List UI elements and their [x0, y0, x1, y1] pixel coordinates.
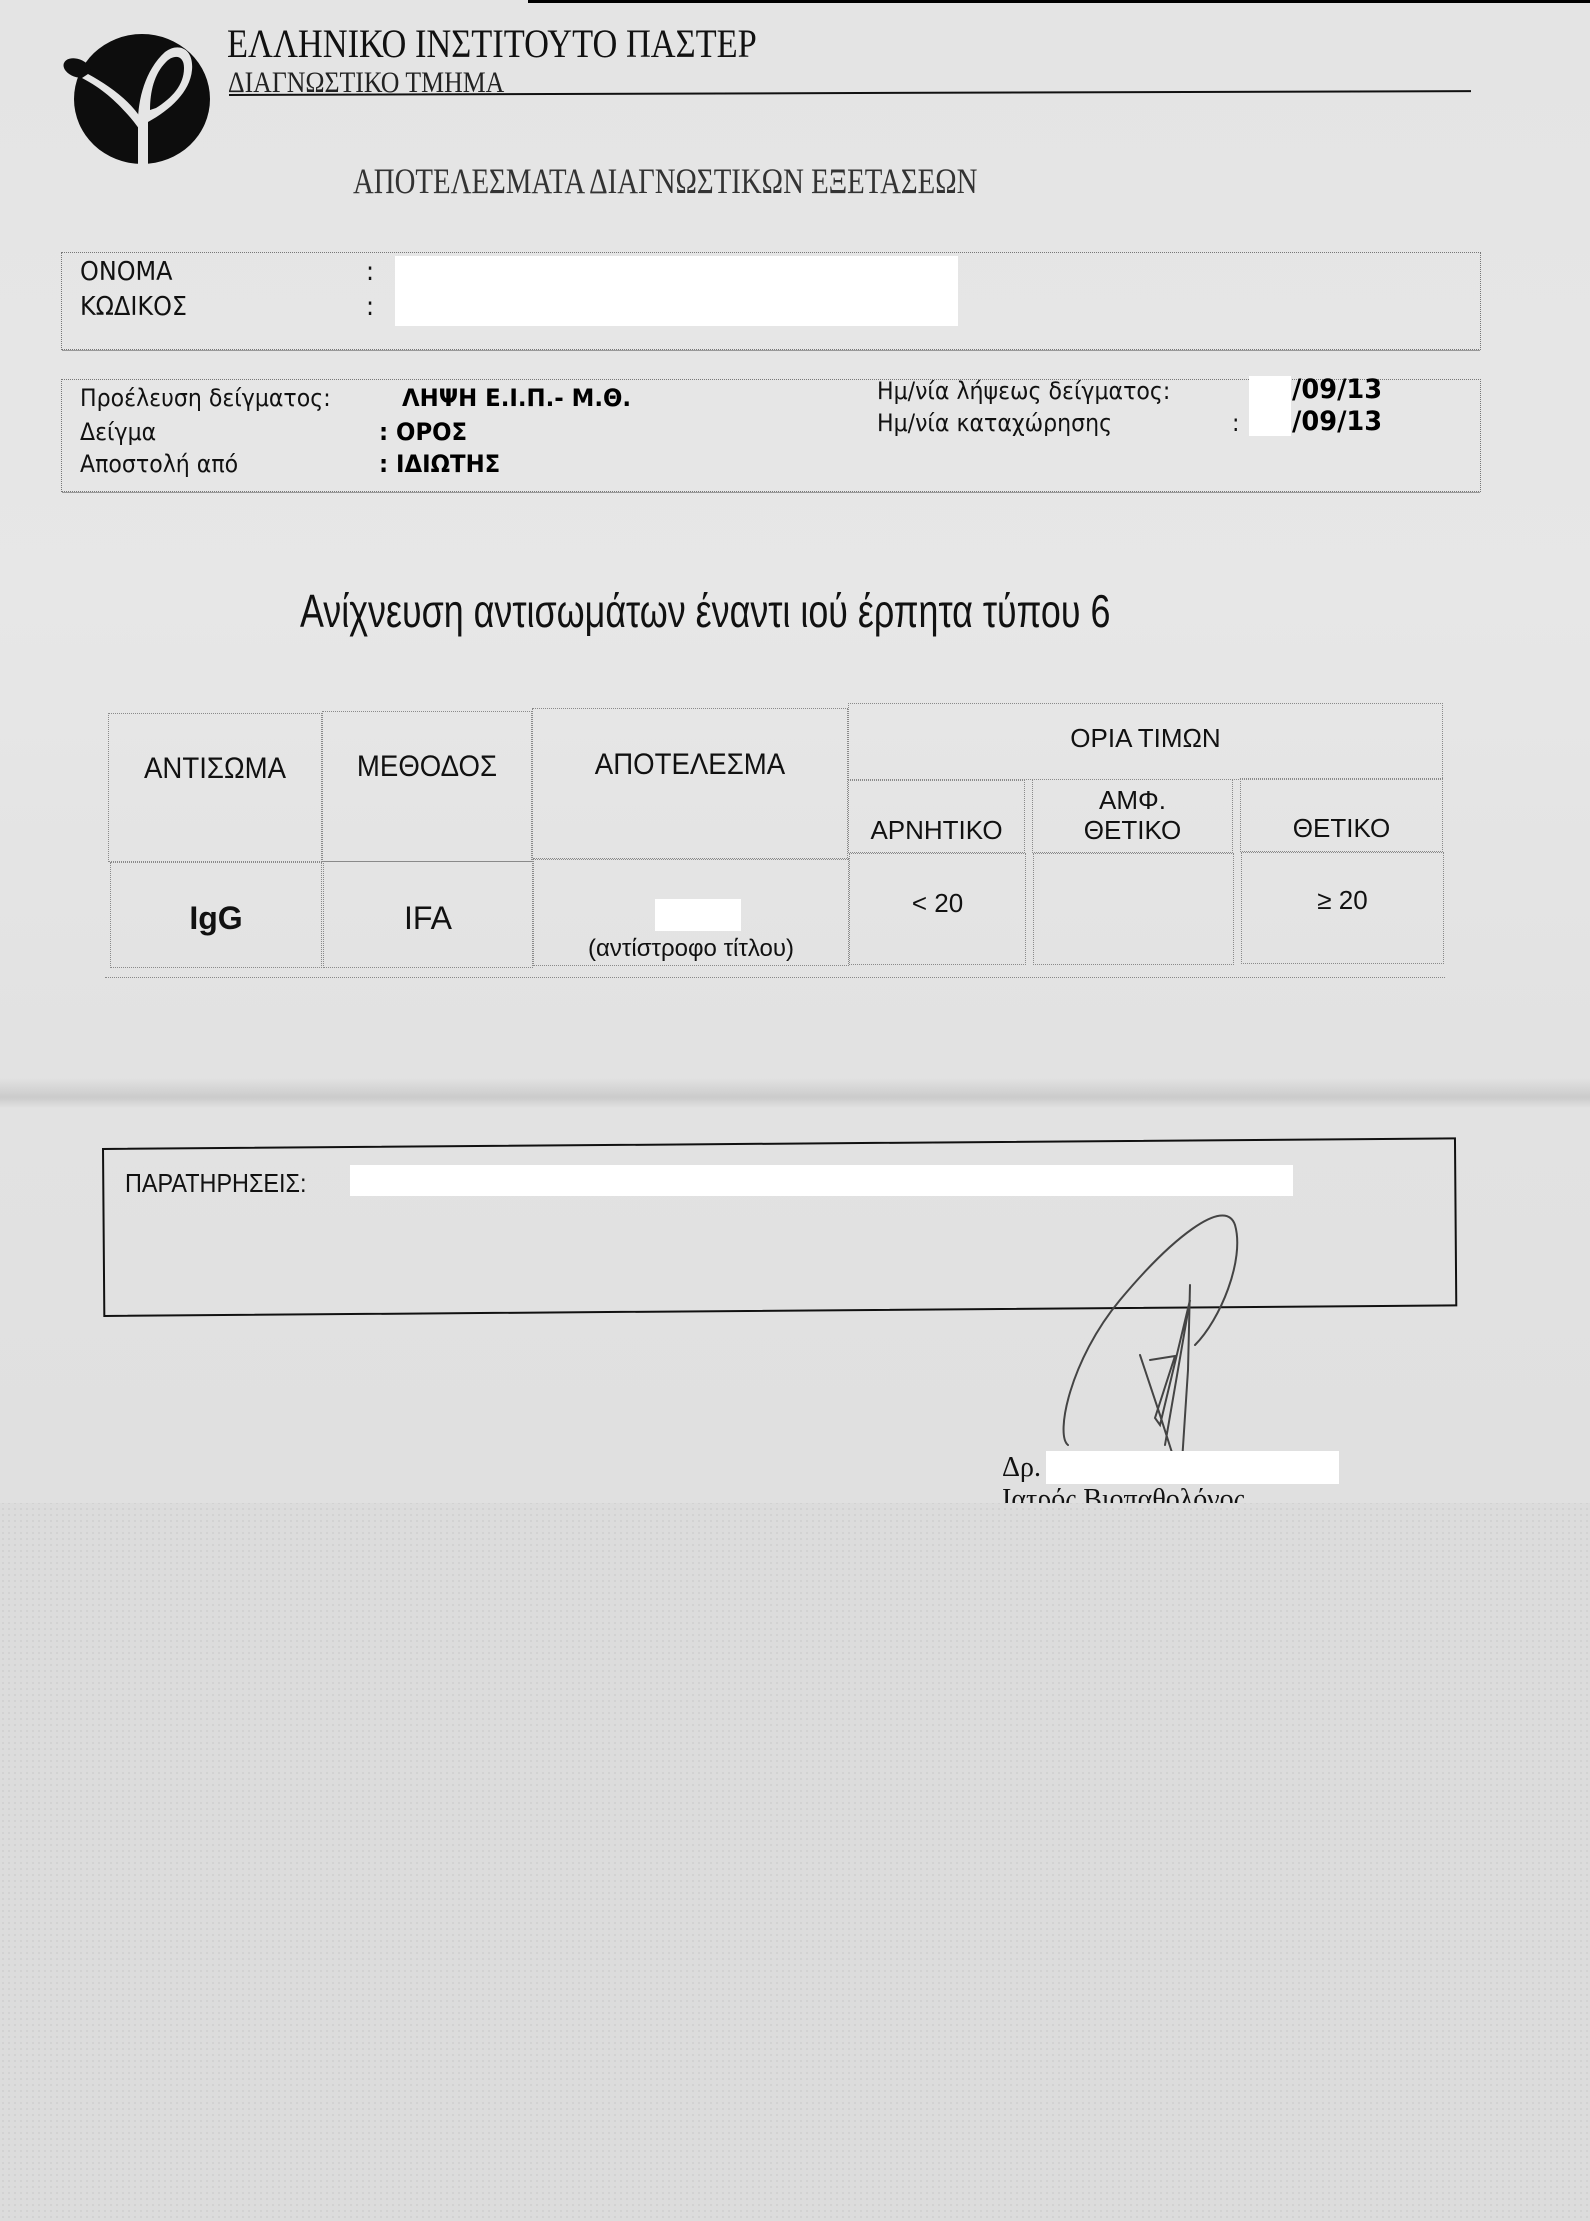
collection-date-label: Ημ/νία λήψεως δείγματος:: [877, 377, 1170, 405]
header-cell-method: [322, 711, 532, 862]
scan-edge-bar: [528, 0, 1590, 3]
row-method: IFA: [323, 900, 533, 937]
sent-from-value: : ΙΔΙΩΤΗΣ: [379, 450, 500, 478]
sample-label: Δείγμα: [80, 418, 156, 446]
collection-date-value: /09/13: [1292, 374, 1382, 405]
header-result: ΑΠΟΤΕΛΕΣΜΑ: [545, 748, 836, 782]
redacted-patient-details: [395, 256, 958, 326]
origin-label: Προέλευση δείγματος:: [80, 384, 331, 412]
row-negative-range: < 20: [849, 888, 1026, 919]
code-separator: :: [366, 292, 374, 322]
name-separator: :: [366, 257, 374, 287]
paper-fold-crease: [0, 1078, 1590, 1108]
table-bottom-rule: [105, 977, 1445, 978]
sample-value: : ΟΡΟΣ: [379, 418, 467, 446]
cell-borderline: [1033, 853, 1234, 965]
header-borderline-line2: ΘΕΤΙΚΟ: [1032, 815, 1233, 845]
registration-date-value: /09/13: [1292, 406, 1382, 437]
registration-date-label: Ημ/νία καταχώρησης: [877, 409, 1112, 437]
test-title: Ανίχνευση αντισωμάτων έναντι ιού έρπητα …: [300, 584, 1110, 638]
header-positive: ΘΕΤΙΚΟ: [1240, 813, 1443, 843]
row-antibody: IgG: [110, 900, 322, 937]
header-borderline-line1: ΑΜΦ.: [1032, 785, 1233, 815]
header-cell-result: [532, 708, 848, 860]
row-positive-range: ≥ 20: [1241, 885, 1444, 916]
institute-name: ΕΛΛΗΝΙΚΟ ΙΝΣΤΙΤΟΥΤΟ ΠΑΣΤΕΡ: [227, 20, 757, 67]
redacted-doctor-name: [1046, 1451, 1339, 1484]
doctor-title: Ιατρός Βιοπαθολόγος: [1002, 1484, 1245, 1503]
name-label: ΟΝΟΜΑ: [80, 257, 173, 287]
redacted-result-value: [655, 899, 741, 931]
remarks-label: ΠΑΡΑΤΗΡΗΣΕΙΣ:: [125, 1168, 306, 1199]
pasteur-psi-logo-icon: [60, 30, 220, 170]
scanned-document-page: ΕΛΛΗΝΙΚΟ ΙΝΣΤΙΤΟΥΤΟ ΠΑΣΤΕΡ ΔΙΑΓΝΩΣΤΙΚΟ Τ…: [0, 0, 1590, 1503]
header-reference-group: ΟΡΙΑ ΤΙΜΩΝ: [848, 723, 1443, 753]
header-method: ΜΕΘΟΔΟΣ: [330, 750, 523, 784]
redacted-remarks: [350, 1165, 1293, 1196]
header-negative: ΑΡΝΗΤΙΚΟ: [848, 815, 1025, 845]
row-result-note: (αντίστροφο τίτλου): [533, 935, 849, 963]
code-label: ΚΩΔΙΚΟΣ: [80, 292, 187, 322]
signature-icon: [1050, 1200, 1290, 1470]
doctor-prefix: Δρ.: [1002, 1452, 1041, 1484]
header-antibody: ΑΝΤΙΣΩΜΑ: [117, 752, 314, 786]
header-borderline: ΑΜΦ. ΘΕΤΙΚΟ: [1032, 785, 1233, 845]
header-cell-antibody: [108, 713, 322, 862]
registration-date-separator: :: [1232, 409, 1239, 437]
redacted-day-values: [1249, 376, 1291, 436]
sent-from-label: Αποστολή από: [80, 450, 238, 478]
origin-value: ΛΗΨΗ Ε.Ι.Π.- Μ.Θ.: [402, 384, 631, 412]
document-heading: ΑΠΟΤΕΛΕΣΜΑΤΑ ΔΙΑΓΝΩΣΤΙΚΩΝ ΕΞΕΤΑΣΕΩΝ: [353, 160, 977, 202]
